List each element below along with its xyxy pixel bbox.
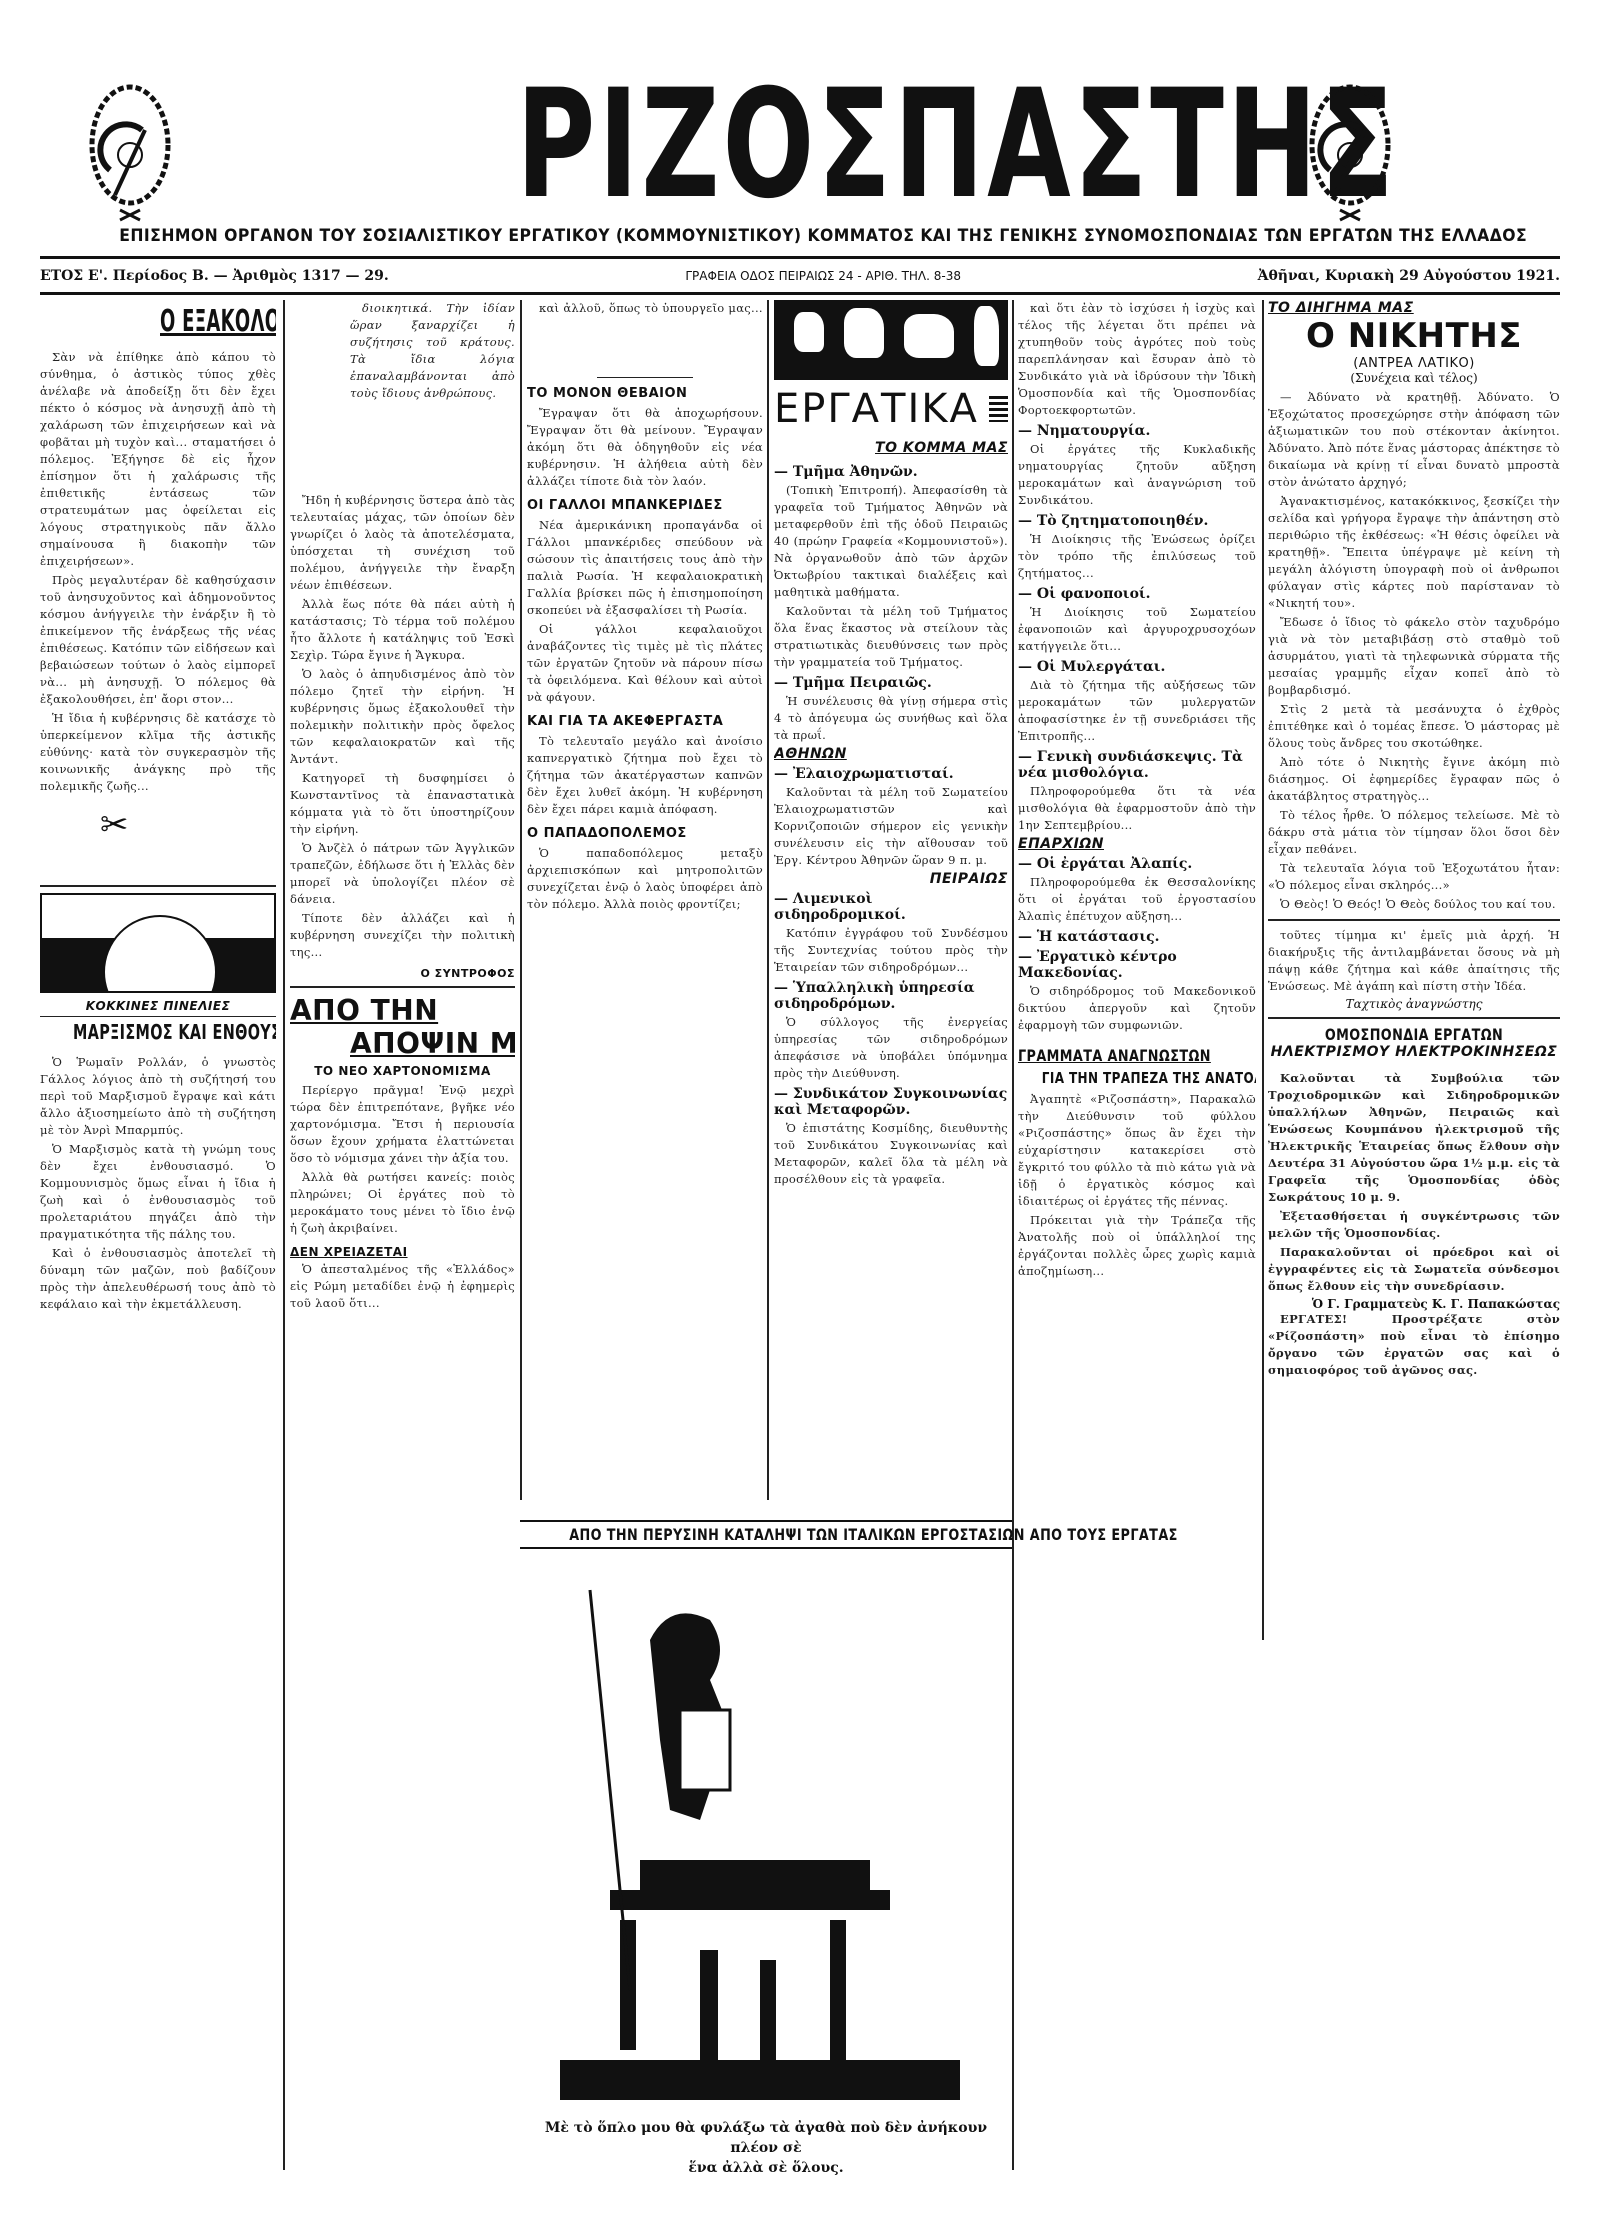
section-rule: [40, 1016, 276, 1017]
headline-eastern-bank: ΓΙΑ ΤΗΝ ΤΡΑΠΕΖΑ ΤΗΣ ΑΝΑΤΟΛΗΣ: [1042, 1069, 1232, 1087]
letter-signature: Ταχτικὸς ἀναγνώστης: [1268, 997, 1560, 1011]
masthead-rule-bottom: [40, 292, 1560, 295]
article-war-continued: διοικητικά. Τὴν ἰδίαν ὥραν ξαναρχίζει ἡ …: [350, 300, 515, 402]
subhead-millers: — Οἱ Μυλεργάται.: [1018, 659, 1256, 675]
subhead-spinning: — Νηματουργία.: [1018, 423, 1256, 439]
subhead-athens-branch: — Τμῆμα Ἀθηνῶν.: [774, 464, 1008, 480]
newspaper-title: ΡΙΖΟΣΠΑΣΤΗΣ: [516, 70, 1114, 220]
column-2: διοικητικά. Τὴν ἰδίαν ὥραν ξαναρχίζει ἡ …: [290, 300, 515, 2178]
headline-readers-letters: ΓΡΑΜΜΑΤΑ ΑΝΑΓΝΩΣΤΩΝ: [1018, 1046, 1208, 1065]
subhead-transport-syndicate: — Συνδικάτον Συγκοινωνίας καὶ Μεταφορῶν.: [774, 1086, 1008, 1118]
subhead-alapis-workers: — Οἱ ἐργάται Ἀλαπίς.: [1018, 856, 1256, 872]
section-rule: [1268, 1017, 1560, 1019]
decorative-lines-icon: [989, 396, 1008, 422]
label-provinces: ΕΠΑΡΧΙΩΝ: [1018, 836, 1256, 852]
subhead-railway-staff: — Ὑπαλληλικὴ ὑπηρεσία σιδηροδρόμων.: [774, 980, 1008, 1012]
article-electric-workers: Καλοῦνται τὰ Συμβούλια τῶν Τροχιοδρομικῶ…: [1268, 1070, 1560, 1295]
article-war-quote: Ἤδη ἡ κυβέρνησις ὕστερα ἀπὸ τὰς τελευταί…: [290, 492, 515, 961]
hammer-sickle-wreath-emblem-left: [80, 75, 180, 225]
subhead-macedonia-center: — Ἐργατικὸ κέντρο Μακεδονίας.: [1018, 949, 1256, 981]
subheadline-not-needed: ΔΕΝ ΧΡΕΙΑΖΕΤΑΙ: [290, 1245, 515, 1259]
headline-war-continues: Ο ΕΞΑΚΟΛΟΥΘΩΝ ΠΟΛΕΜΟΣ: [160, 304, 230, 339]
illustration-caption: Μὲ τὸ ὅπλο μου θὰ φυλάξω τὰ ἀγαθὰ ποὺ δὲ…: [520, 2118, 1012, 2178]
headline-from-our-view-line2: ΑΠΟΨΙΝ ΜΑΣ: [350, 1027, 515, 1060]
masthead: ΡΙΖΟΣΠΑΣΤΗΣ ΕΠΙΣΗΜΟΝ ΟΡΓΑΝΟΝ ΤΟΥ ΣΟΣΙΑΛΙ…: [0, 0, 1600, 300]
column-6: ΤΟ ΔΙΗΓΗΜΑ ΜΑΣ Ο ΝΙΚΗΤΗΣ (ΑΝΤΡΕΑ ΛΑΤΙΚΟ)…: [1268, 300, 1560, 2178]
column-3: καὶ ἀλλοῦ, ὅπως τὸ ὑπουργεῖο μας... ΤΟ Μ…: [527, 300, 763, 1500]
section-rule: [290, 986, 515, 988]
headline-marxism-enthusiasm: ΜΑΡΞΙΣΜΟΣ ΚΑΙ ΕΝΘΟΥΣΙΑΣΜΟΣ: [73, 1020, 243, 1044]
article-unprocessed-tobacco: Τὸ τελευταῖο μεγάλο καὶ ἀνοίσιο καπνεργα…: [527, 733, 763, 818]
headline-priest-war: Ο ΠΑΠΑΔΟΠΟΛΕΜΟΣ: [527, 826, 763, 841]
column-divider: [520, 300, 522, 1500]
scissors-icon: ✂: [100, 805, 276, 845]
subhead-issue: — Τὸ ζητηματοποιηθέν.: [1018, 513, 1256, 529]
federation-signature: Ὁ Γ. Γραμματεὺς Κ. Γ. Παπακώστας: [1268, 1297, 1560, 1311]
subhead-general-conference: — Γενικὴ συνδιάσκεψις. Τὰ νέα μισθολόγια…: [1018, 749, 1256, 781]
story-the-victor: — Ἀδύνατο νὰ κρατηθῇ. Ἀδύνατο. Ὁ Ἐξοχώτα…: [1268, 389, 1560, 913]
subsection-our-party: ΤΟ ΚΟΜΜΑ ΜΑΣ: [774, 440, 1008, 456]
subhead-piraeus-branch: — Τμῆμα Πειραιῶς.: [774, 675, 1008, 691]
illustration-headline: ΑΠΟ ΤΗΝ ΠΕΡΥΣΙΝΗ ΚΑΤΑΛΗΨΙ ΤΩΝ ΙΤΑΛΙΚΩΝ Ε…: [569, 1525, 963, 1544]
headline-french-bankers: ΟΙ ΓΑΛΛΟΙ ΜΠΑΝΚΕΡΙΔΕΣ: [527, 498, 763, 513]
article-war-continues: Σὰν νὰ ἐπίθηκε ἀπὸ κάπου τὸ σύνθημα, ὁ ἀ…: [40, 349, 276, 795]
worker-with-factory-chimneys-illustration: [500, 1560, 1020, 2110]
headline-electric-workers-federation: ΟΜΟΣΠΟΝΔΙΑ ΕΡΓΑΤΩΝ: [1297, 1025, 1531, 1044]
workers-appeal: ΕΡΓΑΤΕΣ! Προστρέξατε στὸν «Ρίζοσπάστη» π…: [1268, 1311, 1560, 1379]
headline-unprocessed-tobacco: ΚΑΙ ΓΙΑ ΤΑ ΑΚΕΦΕΡΓΑΣΤΑ: [527, 714, 763, 729]
column-divider: [1262, 300, 1264, 1640]
article-marxism-enthusiasm: Ὁ Ῥωμαῖν Ρολλάν, ὁ γνωστὸς Γάλλος λόγιος…: [40, 1054, 276, 1313]
office-address: ΓΡΑΦΕΙΑ ΟΔΟΣ ΠΕΙΡΑΙΩΣ 24 - ΑΡΙΘ. ΤΗΛ. 8-…: [685, 269, 961, 283]
subheadline-new-banknote: ΤΟ ΝΕΟ ΧΑΡΤΟΝΟΜΙΣΜΑ: [290, 1064, 515, 1078]
subhead-port-railway: — Λιμενικοὶ σιδηροδρομικοί.: [774, 891, 1008, 923]
story-author: (ΑΝΤΡΕΑ ΛΑΤΙΚΟ): [1268, 356, 1560, 371]
column-divider: [767, 300, 769, 1500]
article-eastern-bank: Ἀγαπητὲ «Ριζοσπάστη», Παρακαλῶ τὴν Διεύθ…: [1018, 1091, 1256, 1280]
headline-only-certain: ΤΟ ΜΟΝΟΝ ΘΕΒΑΙΟΝ: [527, 386, 763, 401]
subhead-situation: — Ἡ κατάστασις.: [1018, 929, 1256, 945]
column-1: Ο ΕΞΑΚΟΛΟΥΘΩΝ ΠΟΛΕΜΟΣ Σὰν νὰ ἐπίθηκε ἀπὸ…: [40, 300, 276, 2178]
section-label-red-brushes: ΚΟΚΚΙΝΕΣ ΠΙΝΕΛΙΕΣ: [40, 999, 276, 1013]
workers-section-title: ΕΡΓΑΤΙΚΑ: [774, 386, 1008, 432]
issue-date: Ἀθῆναι, Κυριακὴ 29 Αὐγούστου 1921.: [1258, 268, 1560, 284]
column-4: ΕΡΓΑΤΙΚΑ ΤΟ ΚΟΜΜΑ ΜΑΣ — Τμῆμα Ἀθηνῶν. (Τ…: [774, 300, 1008, 1510]
article-fragment: καὶ ἀλλοῦ, ὅπως τὸ ὑπουργεῖο μας...: [527, 300, 763, 317]
rising-sun-banner-icon: [40, 893, 276, 993]
column-5: καὶ ὅτι ἐὰν τὸ ἰσχύσει ἡ ἰσχὺς καὶ τέλος…: [1018, 300, 1256, 2178]
section-rule: [1268, 919, 1560, 921]
article-only-certain: Ἔγραψαν ὅτι θὰ ἀποχωρήσουν. Ἔγραψαν ὅτι …: [527, 405, 763, 490]
article-french-bankers: Νέα ἀμερικάνικη προπαγάνδα οἱ Γάλλοι μπα…: [527, 517, 763, 706]
label-piraeus: ΠΕΙΡΑΙΩΣ: [774, 871, 1008, 887]
section-rule: [597, 377, 693, 378]
signature-comrade: Ο ΣΥΝΤΡΟΦΟΣ: [290, 967, 515, 980]
headline-from-our-view-line1: ΑΠΟ ΤΗΝ: [290, 994, 515, 1027]
article-not-needed: Ὁ ἀπεσταλμένος τῆς «Ἑλλάδος» εἰς Ρώμη με…: [290, 1261, 515, 1312]
masthead-subtitle: ΕΠΙΣΗΜΟΝ ΟΡΓΑΝΟΝ ΤΟΥ ΣΟΣΙΑΛΙΣΤΙΚΟΥ ΕΡΓΑΤ…: [119, 226, 1481, 246]
kicker-our-story: ΤΟ ΔΙΗΓΗΜΑ ΜΑΣ: [1268, 300, 1560, 316]
label-athens: ΑΘΗΝΩΝ: [774, 746, 1008, 762]
article-priest-war: Ὁ παπαδοπόλεμος μεταξὺ ἀρχιεπισκόπων καὶ…: [527, 845, 763, 913]
column-divider: [283, 300, 285, 2170]
subhead-painters: — Ἐλαιοχρωματισταί.: [774, 766, 1008, 782]
illustration-headline-box: ΑΠΟ ΤΗΝ ΠΕΡΥΣΙΝΗ ΚΑΤΑΛΗΨΙ ΤΩΝ ΙΤΑΛΙΚΩΝ Ε…: [520, 1520, 1012, 1549]
subheadline-electric-traction: ΗΛΕΚΤΡΙΣΜΟΥ ΗΛΕΚΤΡΟΚΙΝΗΣΕΩΣ: [1268, 1044, 1560, 1060]
story-continued-note: (Συνέχεια καὶ τέλος): [1268, 371, 1560, 385]
hammer-sickle-wreath-emblem-right: [1300, 75, 1400, 225]
issue-info: ΕΤΟΣ Ε'. Περίοδος Β. — Ἀριθμὸς 1317 — 29…: [40, 268, 389, 284]
article-new-banknote: Περίεργο πρᾶγμα! Ἐνῷ μεχρὶ τώρα δὲν ἐπιτ…: [290, 1082, 515, 1237]
letter-continued: τοῦτες τίμημα κι' ἐμεῖς μιὰ ἀρχή. Ἡ διακ…: [1268, 927, 1560, 995]
section-rule: [40, 885, 276, 887]
headline-the-victor: Ο ΝΙΚΗΤΗΣ: [1268, 316, 1560, 356]
subhead-lamp-makers: — Οἱ φανοποιοί.: [1018, 586, 1256, 602]
workers-section-banner: [774, 300, 1008, 380]
masthead-rule-top: [40, 256, 1560, 259]
dateline: ΕΤΟΣ Ε'. Περίοδος Β. — Ἀριθμὸς 1317 — 29…: [40, 264, 1560, 288]
